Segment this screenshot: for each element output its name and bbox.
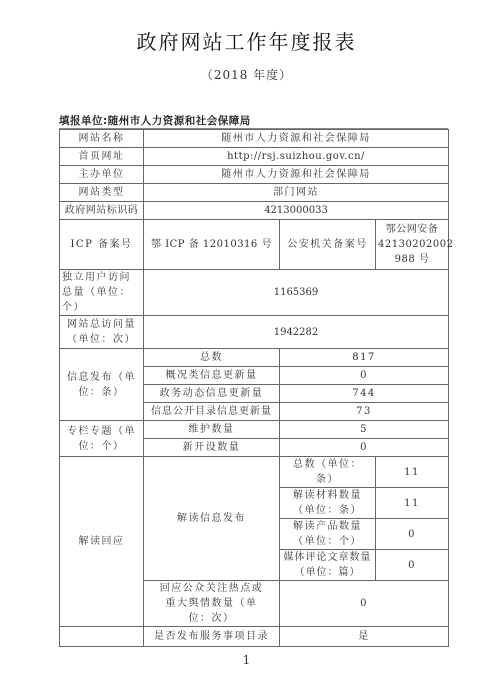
interpretation-item-value: 0	[376, 550, 449, 581]
interpretation-item-label: 解读材料数量（单位：条）	[280, 488, 376, 519]
police-value: 鄂公网安备 42130202002 988 号	[376, 220, 449, 270]
police-label: 公安机关备案号	[280, 220, 376, 270]
interpretation-item-label: 解读产品数量（单位：个）	[280, 519, 376, 550]
interpretation-item-value: 11	[376, 457, 449, 488]
sponsor-label: 主办单位	[60, 166, 144, 184]
site-name-label: 网站名称	[60, 130, 144, 148]
response-label: 回应公众关注热点或重大舆情数量（单位：次）	[144, 581, 280, 627]
table-row: 是否发布服务事项目录 是	[60, 627, 449, 647]
interpretation-label: 解读回应	[60, 457, 144, 627]
info-release-item-label: 信息公开目录信息更新量	[144, 403, 280, 421]
icp-label: ICP 备案号	[60, 220, 144, 270]
table-row: 网站总访问量（单位：次） 1942282	[60, 316, 449, 349]
sponsor-value: 随州市人力资源和社会保障局	[144, 166, 449, 184]
info-release-item-value: 73	[280, 403, 449, 421]
table-row: 主办单位 随州市人力资源和社会保障局	[60, 166, 449, 184]
service-catalog-value: 是	[280, 627, 449, 647]
unique-visitors-label: 独立用户访问总量（单位：个）	[60, 270, 144, 316]
interpretation-item-value: 0	[376, 519, 449, 550]
icp-value: 鄂 ICP 备 12010316 号	[144, 220, 280, 270]
table-row: 首页网址 http://rsj.suizhou.gov.cn/	[60, 148, 449, 166]
page-number: 1	[0, 653, 493, 667]
table-row: 解读回应 解读信息发布 总数（单位：条） 11	[60, 457, 449, 488]
info-release-item-label: 概况类信息更新量	[144, 367, 280, 385]
table-row: 独立用户访问总量（单位：个） 1165369	[60, 270, 449, 316]
special-topics-item-value: 0	[280, 439, 449, 457]
table-row: 信息发布（单位：条） 总数 817	[60, 349, 449, 367]
interpretation-item-label: 媒体评论文章数量（单位：篇）	[280, 550, 376, 581]
site-type-label: 网站类型	[60, 184, 144, 202]
total-visits-value: 1942282	[144, 316, 449, 349]
info-release-item-value: 0	[280, 367, 449, 385]
response-value: 0	[280, 581, 449, 627]
interpretation-item-label: 总数（单位：条）	[280, 457, 376, 488]
homepage-value: http://rsj.suizhou.gov.cn/	[144, 148, 449, 166]
special-topics-item-value: 5	[280, 421, 449, 439]
page-title: 政府网站工作年度报表	[0, 26, 493, 55]
info-release-label: 信息发布（单位：条）	[60, 349, 144, 421]
table-row: 政府网站标识码 4213000033	[60, 202, 449, 220]
unique-visitors-value: 1165369	[144, 270, 449, 316]
site-name-value: 随州市人力资源和社会保障局	[144, 130, 449, 148]
filler-unit: 填报单位:随州市人力资源和社会保障局	[59, 113, 447, 128]
special-topics-item-label: 维护数量	[144, 421, 280, 439]
site-id-value: 4213000033	[144, 202, 449, 220]
info-release-item-value: 817	[280, 349, 449, 367]
table-row: 网站名称 随州市人力资源和社会保障局	[60, 130, 449, 148]
total-visits-label: 网站总访问量（单位：次）	[60, 316, 144, 349]
service-catalog-label: 是否发布服务事项目录	[144, 627, 280, 647]
report-year: （2018 年度）	[0, 66, 493, 83]
homepage-label: 首页网址	[60, 148, 144, 166]
info-release-item-label: 总数	[144, 349, 280, 367]
site-id-label: 政府网站标识码	[60, 202, 144, 220]
table-row: 专栏专题（单位：个） 维护数量 5	[60, 421, 449, 439]
interpretation-item-value: 11	[376, 488, 449, 519]
table-row: ICP 备案号 鄂 ICP 备 12010316 号 公安机关备案号 鄂公网安备…	[60, 220, 449, 270]
site-type-value: 部门网站	[144, 184, 449, 202]
table-row: 网站类型 部门网站	[60, 184, 449, 202]
special-topics-item-label: 新开设数量	[144, 439, 280, 457]
special-topics-label: 专栏专题（单位：个）	[60, 421, 144, 457]
interpretation-sub-label: 解读信息发布	[144, 457, 280, 581]
info-release-item-value: 744	[280, 385, 449, 403]
info-release-item-label: 政务动态信息更新量	[144, 385, 280, 403]
report-table: 网站名称 随州市人力资源和社会保障局 首页网址 http://rsj.suizh…	[59, 129, 449, 647]
empty-cell	[60, 627, 144, 647]
